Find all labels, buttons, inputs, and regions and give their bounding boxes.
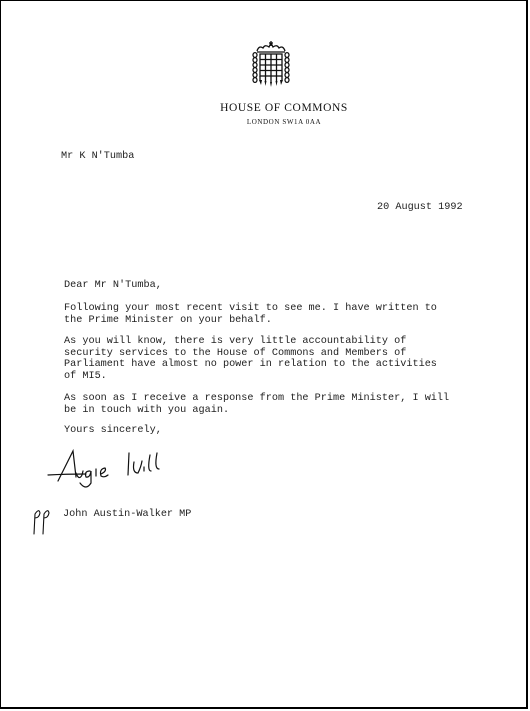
- signer-name: John Austin-Walker MP: [63, 509, 191, 521]
- pp-mark: [31, 506, 55, 536]
- salutation: Dear Mr N'Tumba,: [64, 280, 162, 292]
- body-paragraph: As soon as I receive a response from the…: [64, 393, 449, 416]
- body-paragraph: As you will know, there is very little a…: [64, 336, 437, 382]
- letter-date: 20 August 1992: [377, 202, 463, 214]
- letterhead-institution: HOUSE OF COMMONS: [201, 102, 367, 114]
- letter-page: HOUSE OF COMMONS LONDON SW1A 0AA Mr K N'…: [0, 0, 528, 709]
- letterhead-address: LONDON SW1A 0AA: [201, 118, 367, 126]
- handwritten-signature: [46, 447, 176, 497]
- portcullis-crown-icon: [245, 39, 297, 91]
- recipient: Mr K N'Tumba: [61, 151, 134, 163]
- closing: Yours sincerely,: [64, 425, 162, 437]
- body-paragraph: Following your most recent visit to see …: [64, 303, 437, 326]
